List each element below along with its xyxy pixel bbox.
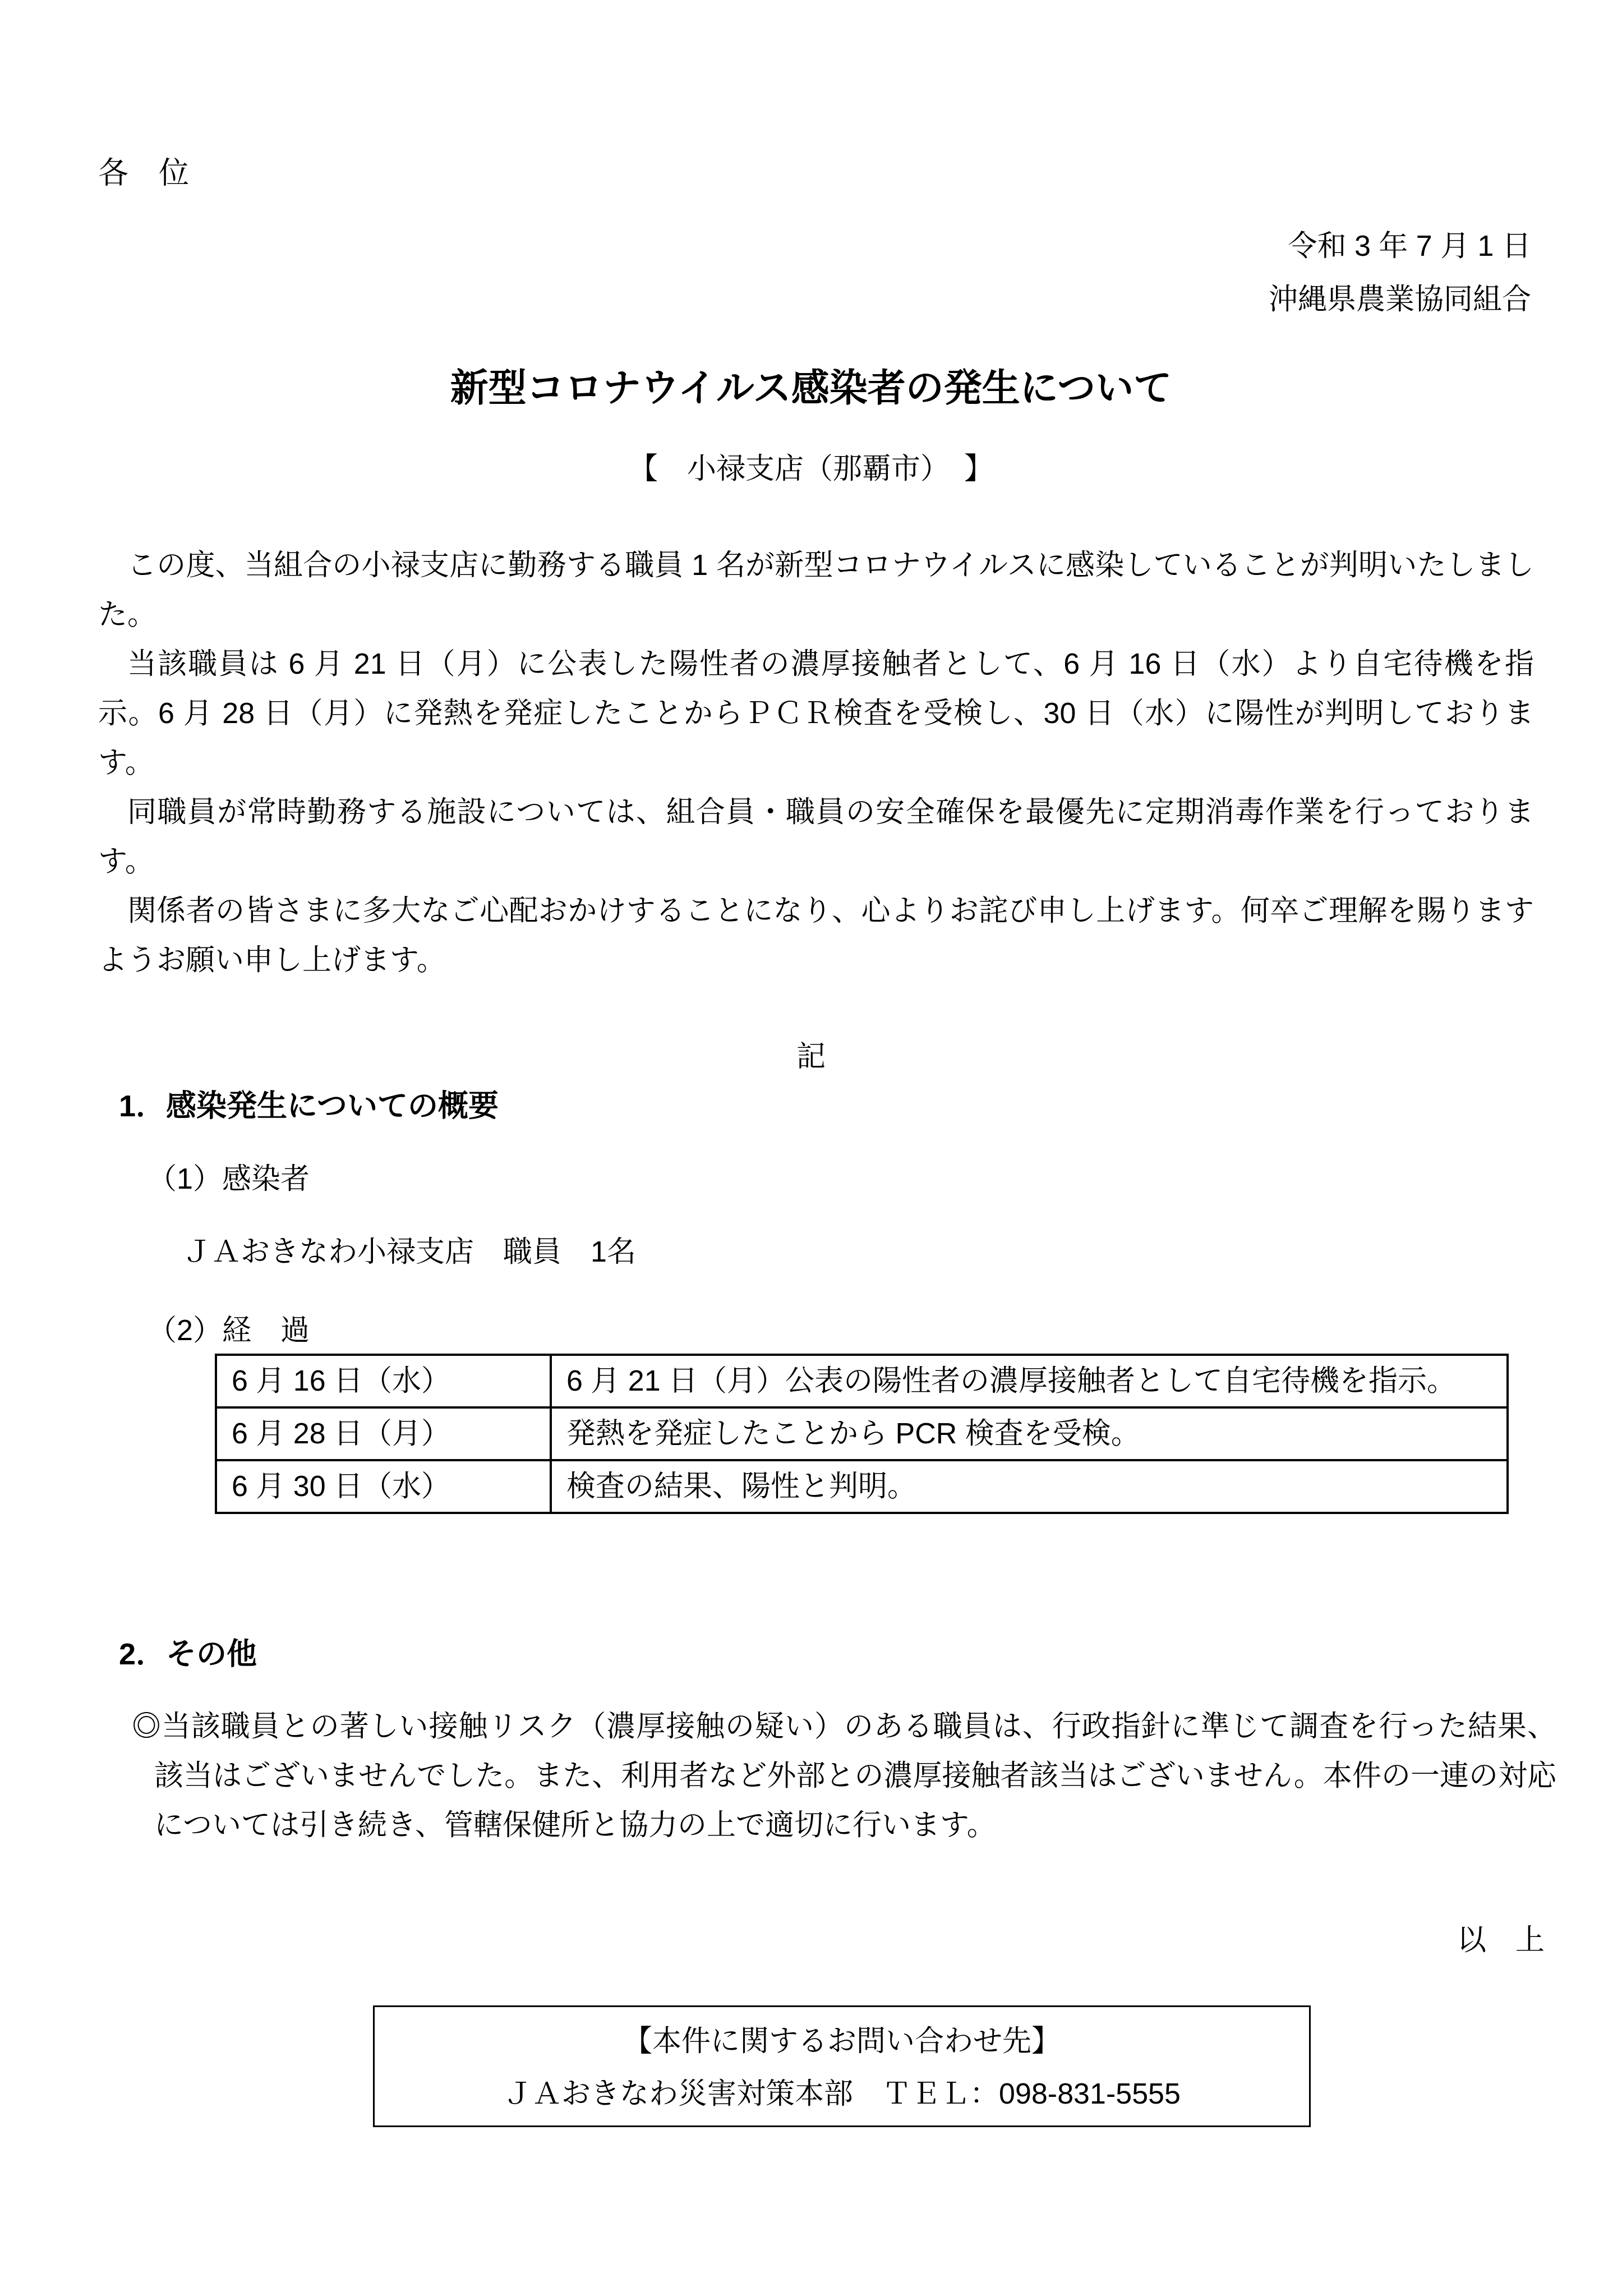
paragraph-apology: 関係者の皆さまに多大なご心配おかけすることになり、心よりお詫び申し上げます。何卒…	[98, 886, 1534, 985]
table-row: 6 月 30 日（水） 検査の結果、陽性と判明。	[216, 1460, 1508, 1513]
document-page: 各 位 令和 3 年 7 月 1 日 沖縄県農業協同組合 新型コロナウイルス感染…	[0, 0, 1622, 2296]
contact-box: 【本件に関するお問い合わせ先】 ＪＡおきなわ災害対策本部 ＴＥＬ：098-831…	[373, 2005, 1311, 2127]
organization-name: 沖縄県農業協同組合	[1269, 284, 1531, 315]
section1-heading: 1．感染発生についての概要	[119, 1091, 499, 1122]
table-cell-date: 6 月 28 日（月）	[216, 1407, 551, 1460]
paragraph-announcement: この度、当組合の小禄支店に勤務する職員 1 名が新型コロナウイルスに感染している…	[98, 541, 1534, 639]
section2-heading: 2．その他	[119, 1639, 257, 1670]
table-cell-date: 6 月 16 日（水）	[216, 1355, 551, 1407]
document-title: 新型コロナウイルス感染者の発生について	[0, 366, 1622, 411]
table-cell-event: 6 月 21 日（月）公表の陽性者の濃厚接触者として自宅待機を指示。	[551, 1355, 1508, 1407]
section2-note: ◎当該職員との著しい接触リスク（濃厚接触の疑い）のある職員は、行政指針に準じて調…	[132, 1702, 1556, 1850]
progress-table: 6 月 16 日（水） 6 月 21 日（月）公表の陽性者の濃厚接触者として自宅…	[215, 1354, 1509, 1514]
closing-marker: 以 上	[1457, 1925, 1545, 1956]
table-row: 6 月 16 日（水） 6 月 21 日（月）公表の陽性者の濃厚接触者として自宅…	[216, 1355, 1508, 1407]
document-date: 令和 3 年 7 月 1 日	[1288, 231, 1531, 262]
paragraph-disinfection: 同職員が常時勤務する施設については、組合員・職員の安全確保を最優先に定期消毒作業…	[98, 788, 1534, 886]
table-cell-event: 発熱を発症したことから PCR 検査を受検。	[551, 1407, 1508, 1460]
table-cell-date: 6 月 30 日（水）	[216, 1460, 551, 1513]
body-paragraphs: この度、当組合の小禄支店に勤務する職員 1 名が新型コロナウイルスに感染している…	[98, 541, 1534, 985]
table-cell-event: 検査の結果、陽性と判明。	[551, 1460, 1508, 1513]
infected-person-label: （1）感染者	[148, 1163, 310, 1195]
contact-box-heading: 【本件に関するお問い合わせ先】	[375, 2015, 1309, 2068]
paragraph-timeline: 当該職員は 6 月 21 日（月）に公表した陽性者の濃厚接触者として、6 月 1…	[98, 639, 1534, 788]
progress-label: （2）経 過	[148, 1315, 310, 1346]
document-subtitle: 【 小禄支店（那覇市） 】	[0, 452, 1622, 486]
greeting-line: 各 位	[98, 158, 189, 189]
table-row: 6 月 28 日（月） 発熱を発症したことから PCR 検査を受検。	[216, 1407, 1508, 1460]
contact-box-phone: ＪＡおきなわ災害対策本部 ＴＥＬ：098-831-5555	[375, 2068, 1309, 2120]
infected-person-value: ＪＡおきなわ小禄支店 職員 1名	[182, 1236, 636, 1268]
record-marker: 記	[0, 1041, 1622, 1073]
